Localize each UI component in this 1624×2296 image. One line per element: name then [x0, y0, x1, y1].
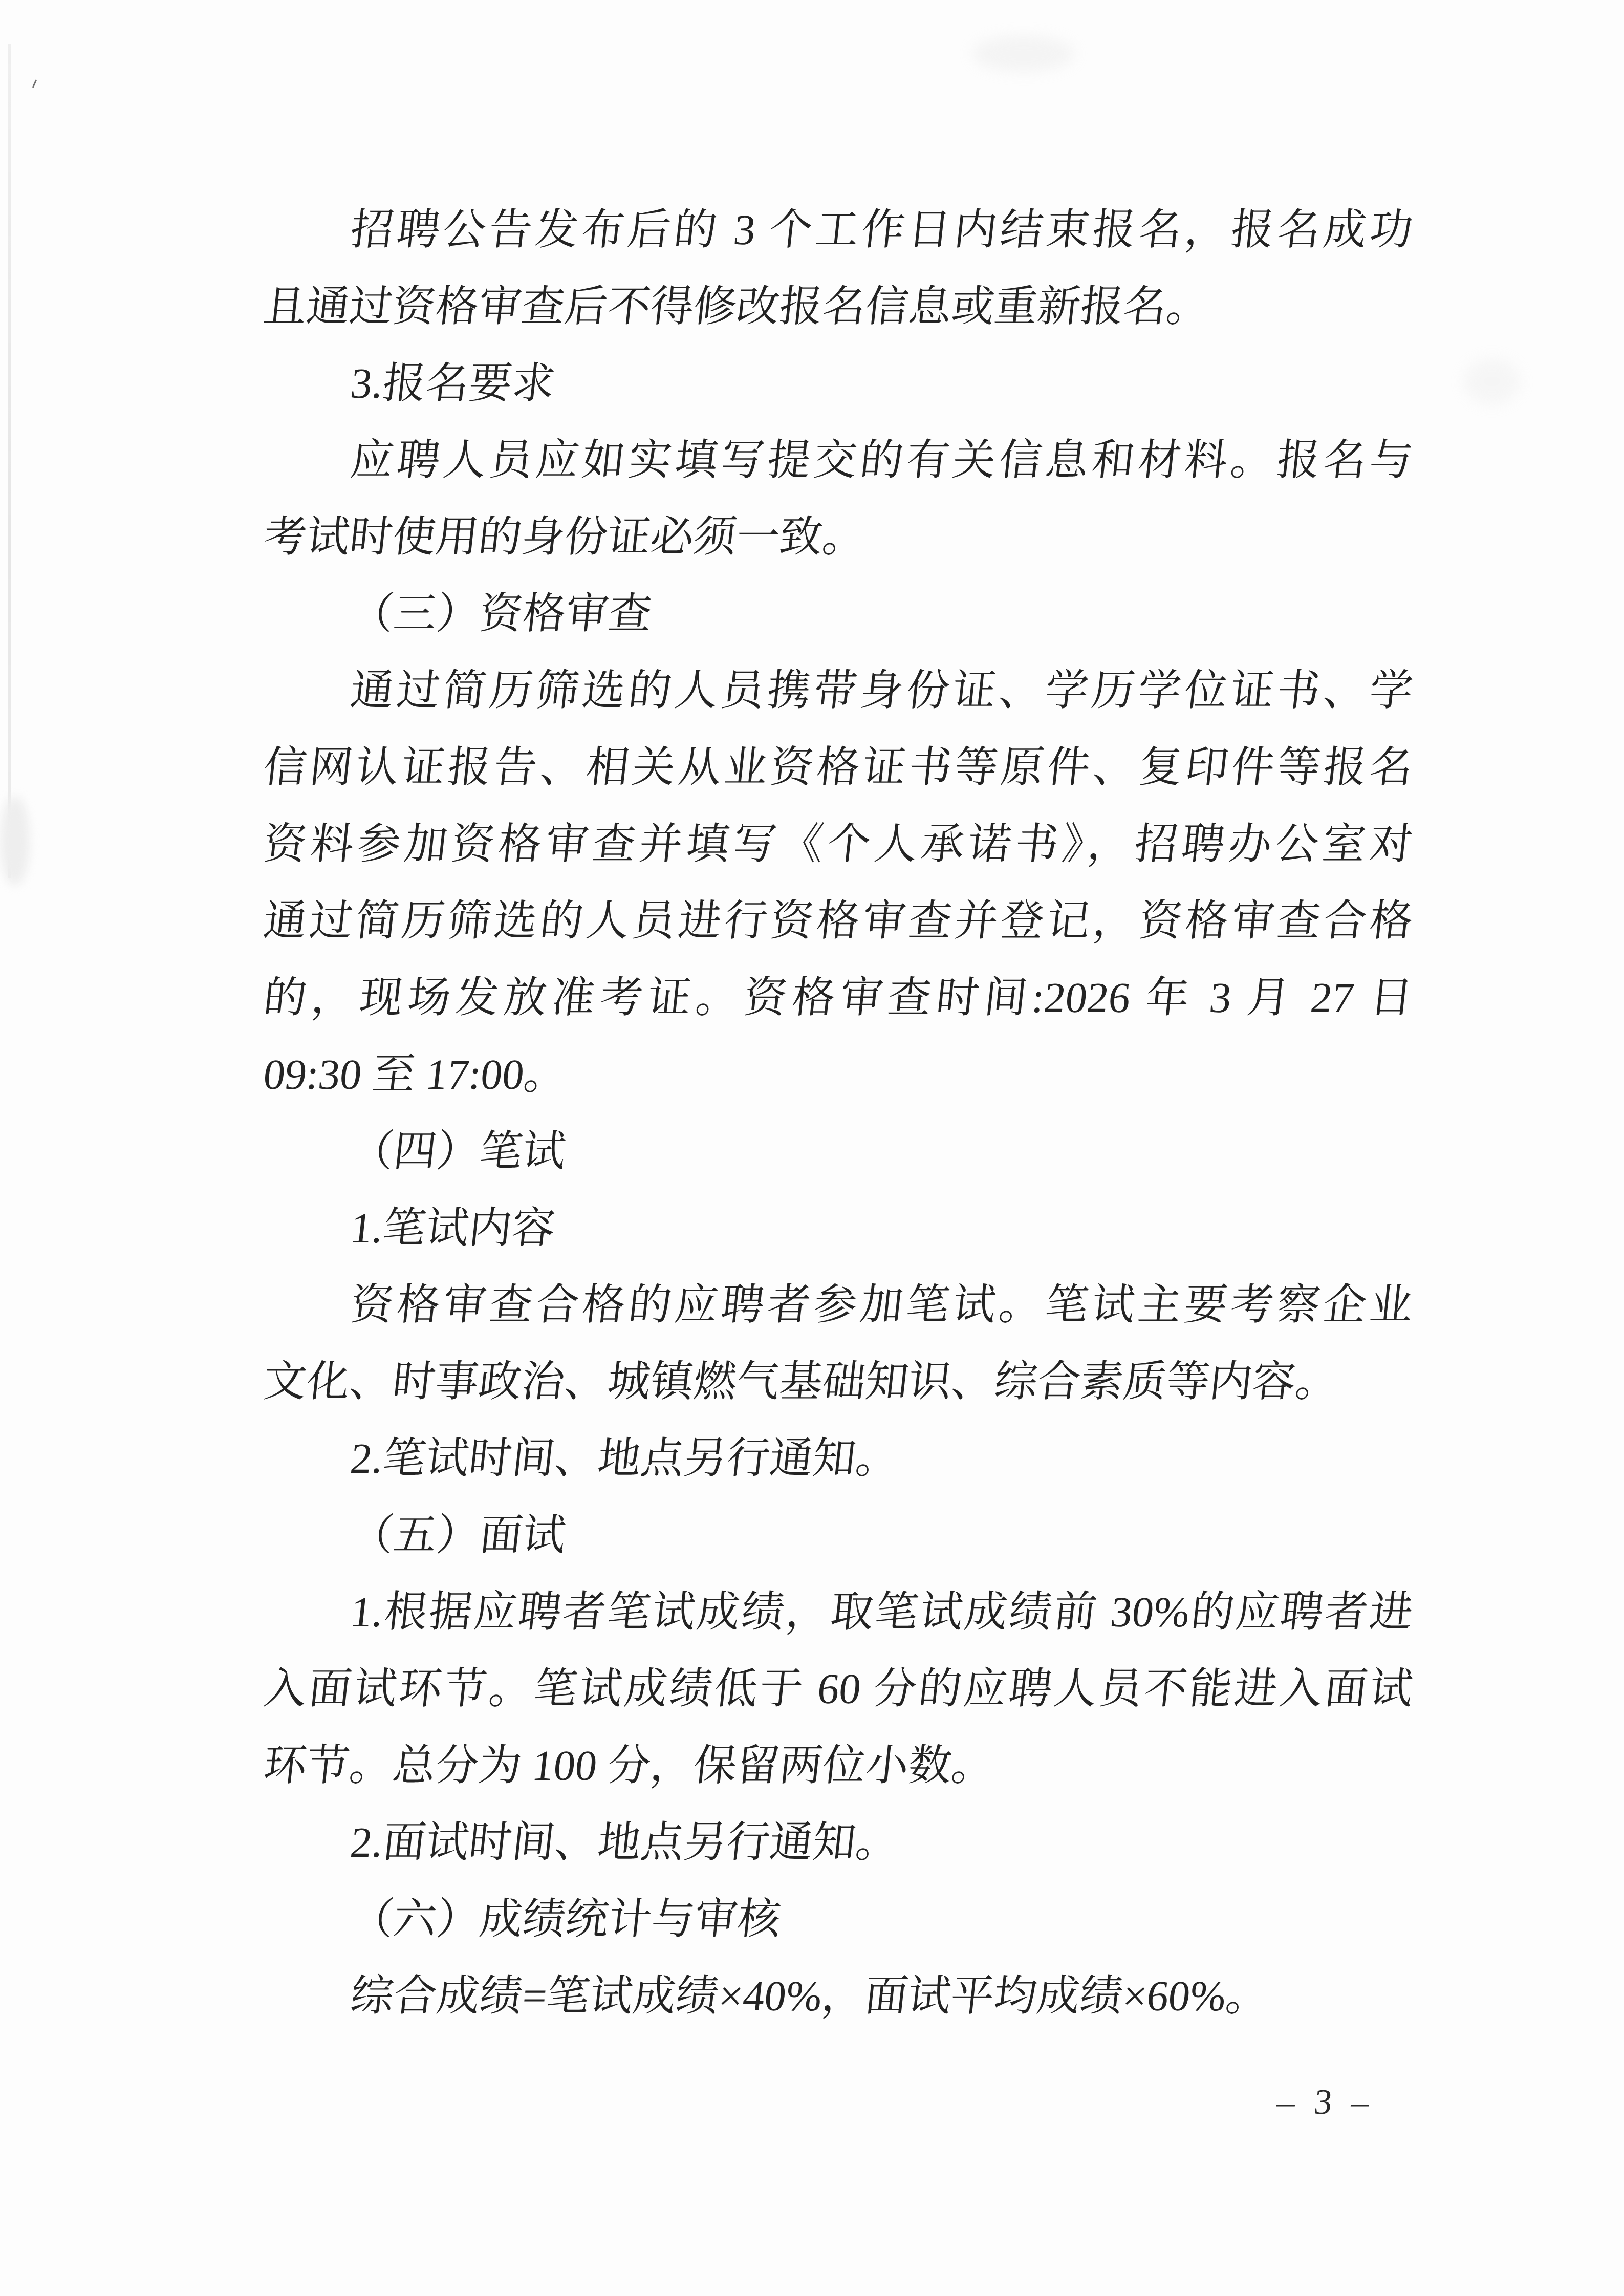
text-line: 3.报名要求	[259, 346, 1417, 422]
text-line: 文化、时事政治、城镇燃气基础知识、综合素质等内容。	[259, 1344, 1417, 1421]
stray-pen-mark	[32, 79, 37, 88]
section-heading: （五）面试	[259, 1497, 1417, 1574]
text-line: 且通过资格审查后不得修改报名信息或重新报名。	[259, 269, 1417, 346]
text-line: 1.根据应聘者笔试成绩，取笔试成绩前 30%的应聘者进	[259, 1574, 1417, 1651]
document-body: 招聘公告发布后的 3 个工作日内结束报名，报名成功 且通过资格审查后不得修改报名…	[264, 192, 1413, 2035]
section-heading: （三）资格审查	[259, 576, 1417, 653]
text-line: 2.面试时间、地点另行通知。	[259, 1805, 1417, 1881]
text-line: 招聘公告发布后的 3 个工作日内结束报名，报名成功	[259, 192, 1417, 269]
section-heading: （六）成绩统计与审核	[259, 1881, 1417, 1958]
text-line: 综合成绩=笔试成绩×40%，面试平均成绩×60%。	[259, 1958, 1417, 2035]
text-line: 考试时使用的身份证必须一致。	[259, 499, 1417, 576]
text-line: 通过简历筛选的人员进行资格审查并登记，资格审查合格	[259, 883, 1417, 960]
text-line: 信网认证报告、相关从业资格证书等原件、复印件等报名	[259, 729, 1417, 806]
text-line: 环节。总分为 100 分，保留两位小数。	[259, 1728, 1417, 1805]
section-heading: （四）笔试	[259, 1113, 1417, 1190]
document-page: 招聘公告发布后的 3 个工作日内结束报名，报名成功 且通过资格审查后不得修改报名…	[0, 0, 1624, 2296]
text-line: 的，现场发放准考证。资格审查时间:2026 年 3 月 27 日	[259, 960, 1417, 1037]
page-number: – 3 –	[1274, 2074, 1377, 2131]
text-line: 09:30 至 17:00。	[259, 1037, 1417, 1113]
text-line: 应聘人员应如实填写提交的有关信息和材料。报名与	[259, 422, 1417, 499]
text-line: 2.笔试时间、地点另行通知。	[259, 1421, 1417, 1497]
scan-edge-streak	[8, 44, 11, 878]
text-line: 资料参加资格审查并填写《个人承诺书》，招聘办公室对	[259, 806, 1417, 883]
text-line: 通过简历筛选的人员携带身份证、学历学位证书、学	[259, 653, 1417, 729]
scan-smudge-right	[1464, 358, 1520, 404]
text-line: 入面试环节。笔试成绩低于 60 分的应聘人员不能进入面试	[259, 1651, 1417, 1728]
text-line: 资格审查合格的应聘者参加笔试。笔试主要考察企业	[259, 1267, 1417, 1344]
text-line: 1.笔试内容	[259, 1190, 1417, 1267]
scan-edge-smudge	[0, 796, 30, 886]
scan-smudge-top	[972, 36, 1075, 72]
